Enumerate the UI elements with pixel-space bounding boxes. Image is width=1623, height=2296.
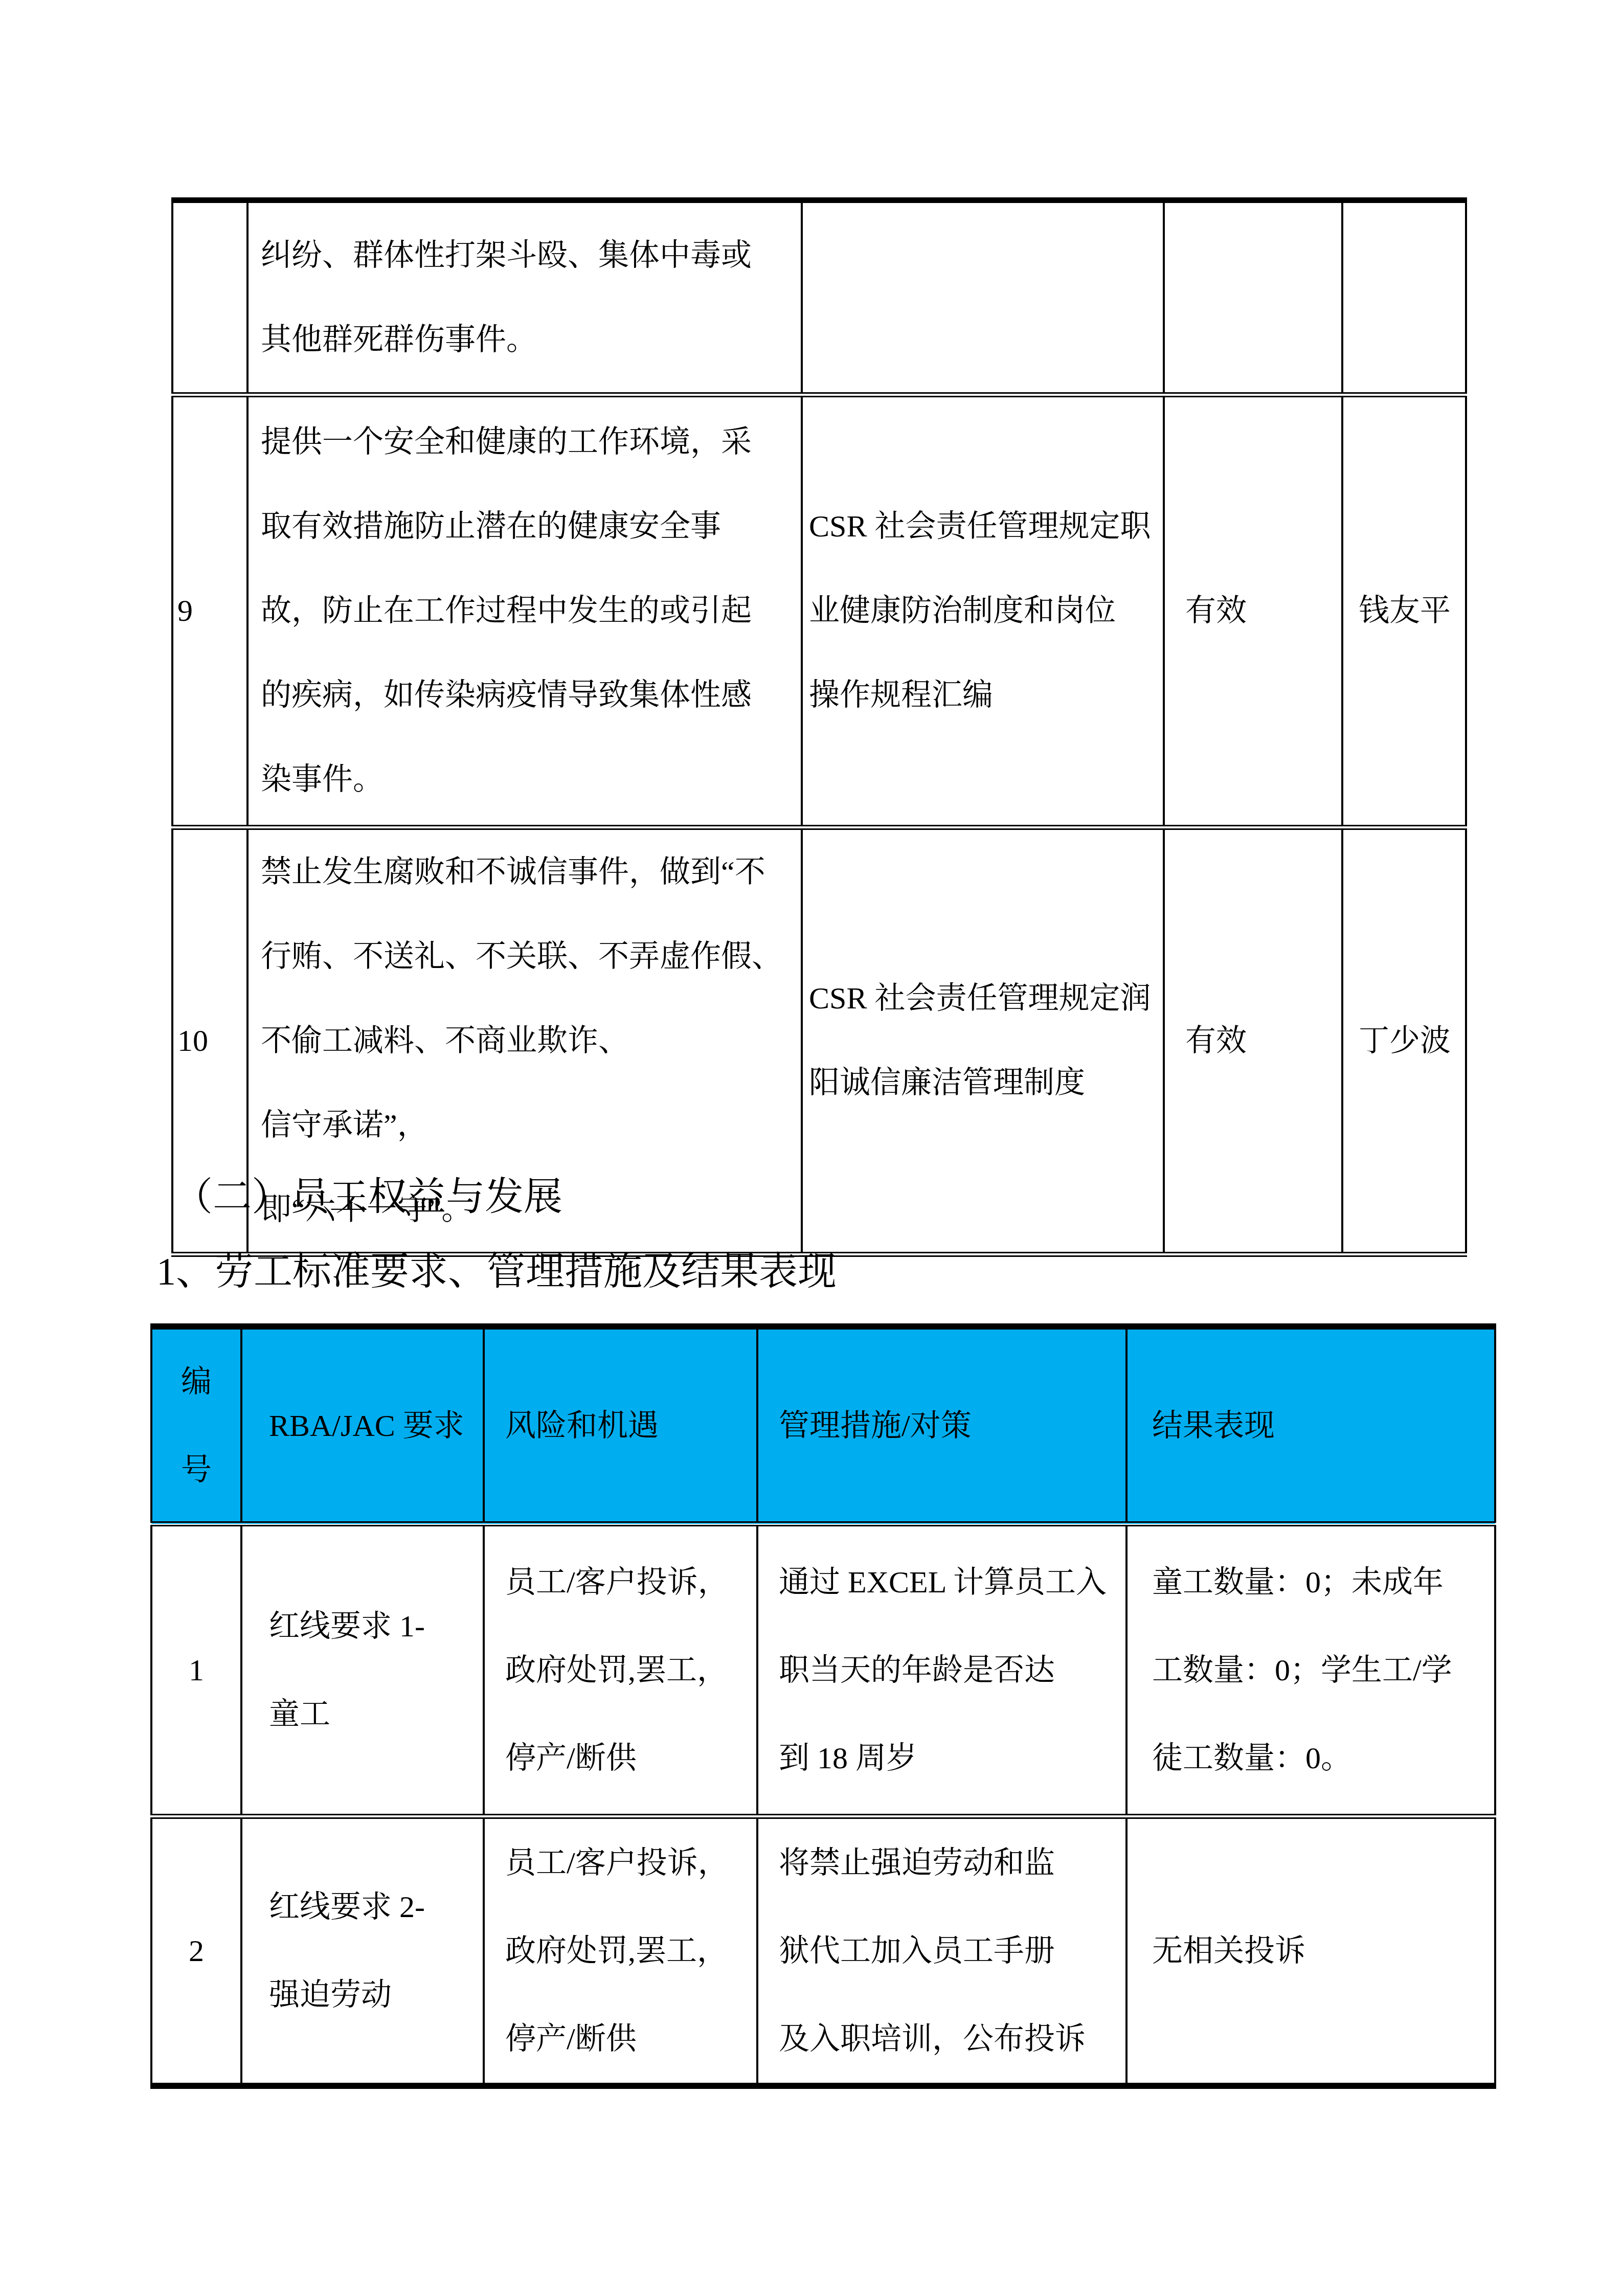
t2-header-number: 编 号 — [151, 1326, 241, 1524]
sub-heading: 1、劳工标准要求、管理措施及结果表现 — [156, 1251, 837, 1294]
t1-row9-measure-cell: CSR 社会责任管理规定职 业健康防治制度和岗位 操作规程汇编 — [802, 395, 1164, 827]
t2-row1-result-cell: 童工数量：0；未成年 工数量：0；学生工/学 徒工数量：0。 — [1126, 1524, 1495, 1816]
labor-standards-table: 编 号 RBA/JAC 要求 风险和机遇 管理措施/对策 结果表现 1 红线要求… — [150, 1323, 1496, 2089]
t1-row9-owner-cell: 钱友平 — [1342, 395, 1466, 827]
t1-row10-measure-cell: CSR 社会责任管理规定润 阳诚信廉洁管理制度 — [802, 827, 1164, 1254]
t2-row1-measure-cell: 通过 EXCEL 计算员工入 职当天的年龄是否达 到 18 周岁 — [757, 1524, 1126, 1816]
t2-row1-requirement-cell: 红线要求 1- 童工 — [241, 1524, 484, 1816]
csr-requirements-table: 纠纷、群体性打架斗殴、集体中毒或 其他群死群伤事件。 9 提供一个安全和健康的工… — [171, 197, 1467, 1257]
table-row: 9 提供一个安全和健康的工作环境，采 取有效措施防止潜在的健康安全事 故，防止在… — [172, 395, 1466, 827]
t1-row9-description-cell: 提供一个安全和健康的工作环境，采 取有效措施防止潜在的健康安全事 故，防止在工作… — [247, 395, 802, 827]
t1-partial-number-cell — [172, 200, 247, 395]
table-row: 纠纷、群体性打架斗殴、集体中毒或 其他群死群伤事件。 — [172, 200, 1466, 395]
table-row: 2 红线要求 2- 强迫劳动 员工/客户投诉， 政府处罚,罢工， 停产/断供 将… — [151, 1816, 1495, 2086]
t2-header-measure: 管理措施/对策 — [757, 1326, 1126, 1524]
t1-row9-number-cell: 9 — [172, 395, 247, 827]
t2-row2-risk-cell: 员工/客户投诉， 政府处罚,罢工， 停产/断供 — [484, 1816, 757, 2086]
t2-row1-number-cell: 1 — [151, 1524, 241, 1816]
t2-header-requirement: RBA/JAC 要求 — [241, 1326, 484, 1524]
table-header-row: 编 号 RBA/JAC 要求 风险和机遇 管理措施/对策 结果表现 — [151, 1326, 1495, 1524]
t2-header-risk: 风险和机遇 — [484, 1326, 757, 1524]
section-heading: （二）员工权益与发展 — [174, 1176, 562, 1219]
t2-row2-number-cell: 2 — [151, 1816, 241, 2086]
t1-partial-measure-cell — [802, 200, 1164, 395]
t1-row9-status-cell: 有效 — [1164, 395, 1342, 827]
table-row: 1 红线要求 1- 童工 员工/客户投诉， 政府处罚,罢工， 停产/断供 通过 … — [151, 1524, 1495, 1816]
document-page: 纠纷、群体性打架斗殴、集体中毒或 其他群死群伤事件。 9 提供一个安全和健康的工… — [0, 0, 1623, 2296]
t2-row1-risk-cell: 员工/客户投诉， 政府处罚,罢工， 停产/断供 — [484, 1524, 757, 1816]
t1-partial-description-cell: 纠纷、群体性打架斗殴、集体中毒或 其他群死群伤事件。 — [247, 200, 802, 395]
t2-header-result: 结果表现 — [1126, 1326, 1495, 1524]
t2-row2-result-cell: 无相关投诉 — [1126, 1816, 1495, 2086]
t1-row10-owner-cell: 丁少波 — [1342, 827, 1466, 1254]
t1-partial-status-cell — [1164, 200, 1342, 395]
t2-row2-measure-cell: 将禁止强迫劳动和监 狱代工加入员工手册 及入职培训，公布投诉 — [757, 1816, 1126, 2086]
t1-partial-owner-cell — [1342, 200, 1466, 395]
t1-row10-status-cell: 有效 — [1164, 827, 1342, 1254]
t2-row2-requirement-cell: 红线要求 2- 强迫劳动 — [241, 1816, 484, 2086]
